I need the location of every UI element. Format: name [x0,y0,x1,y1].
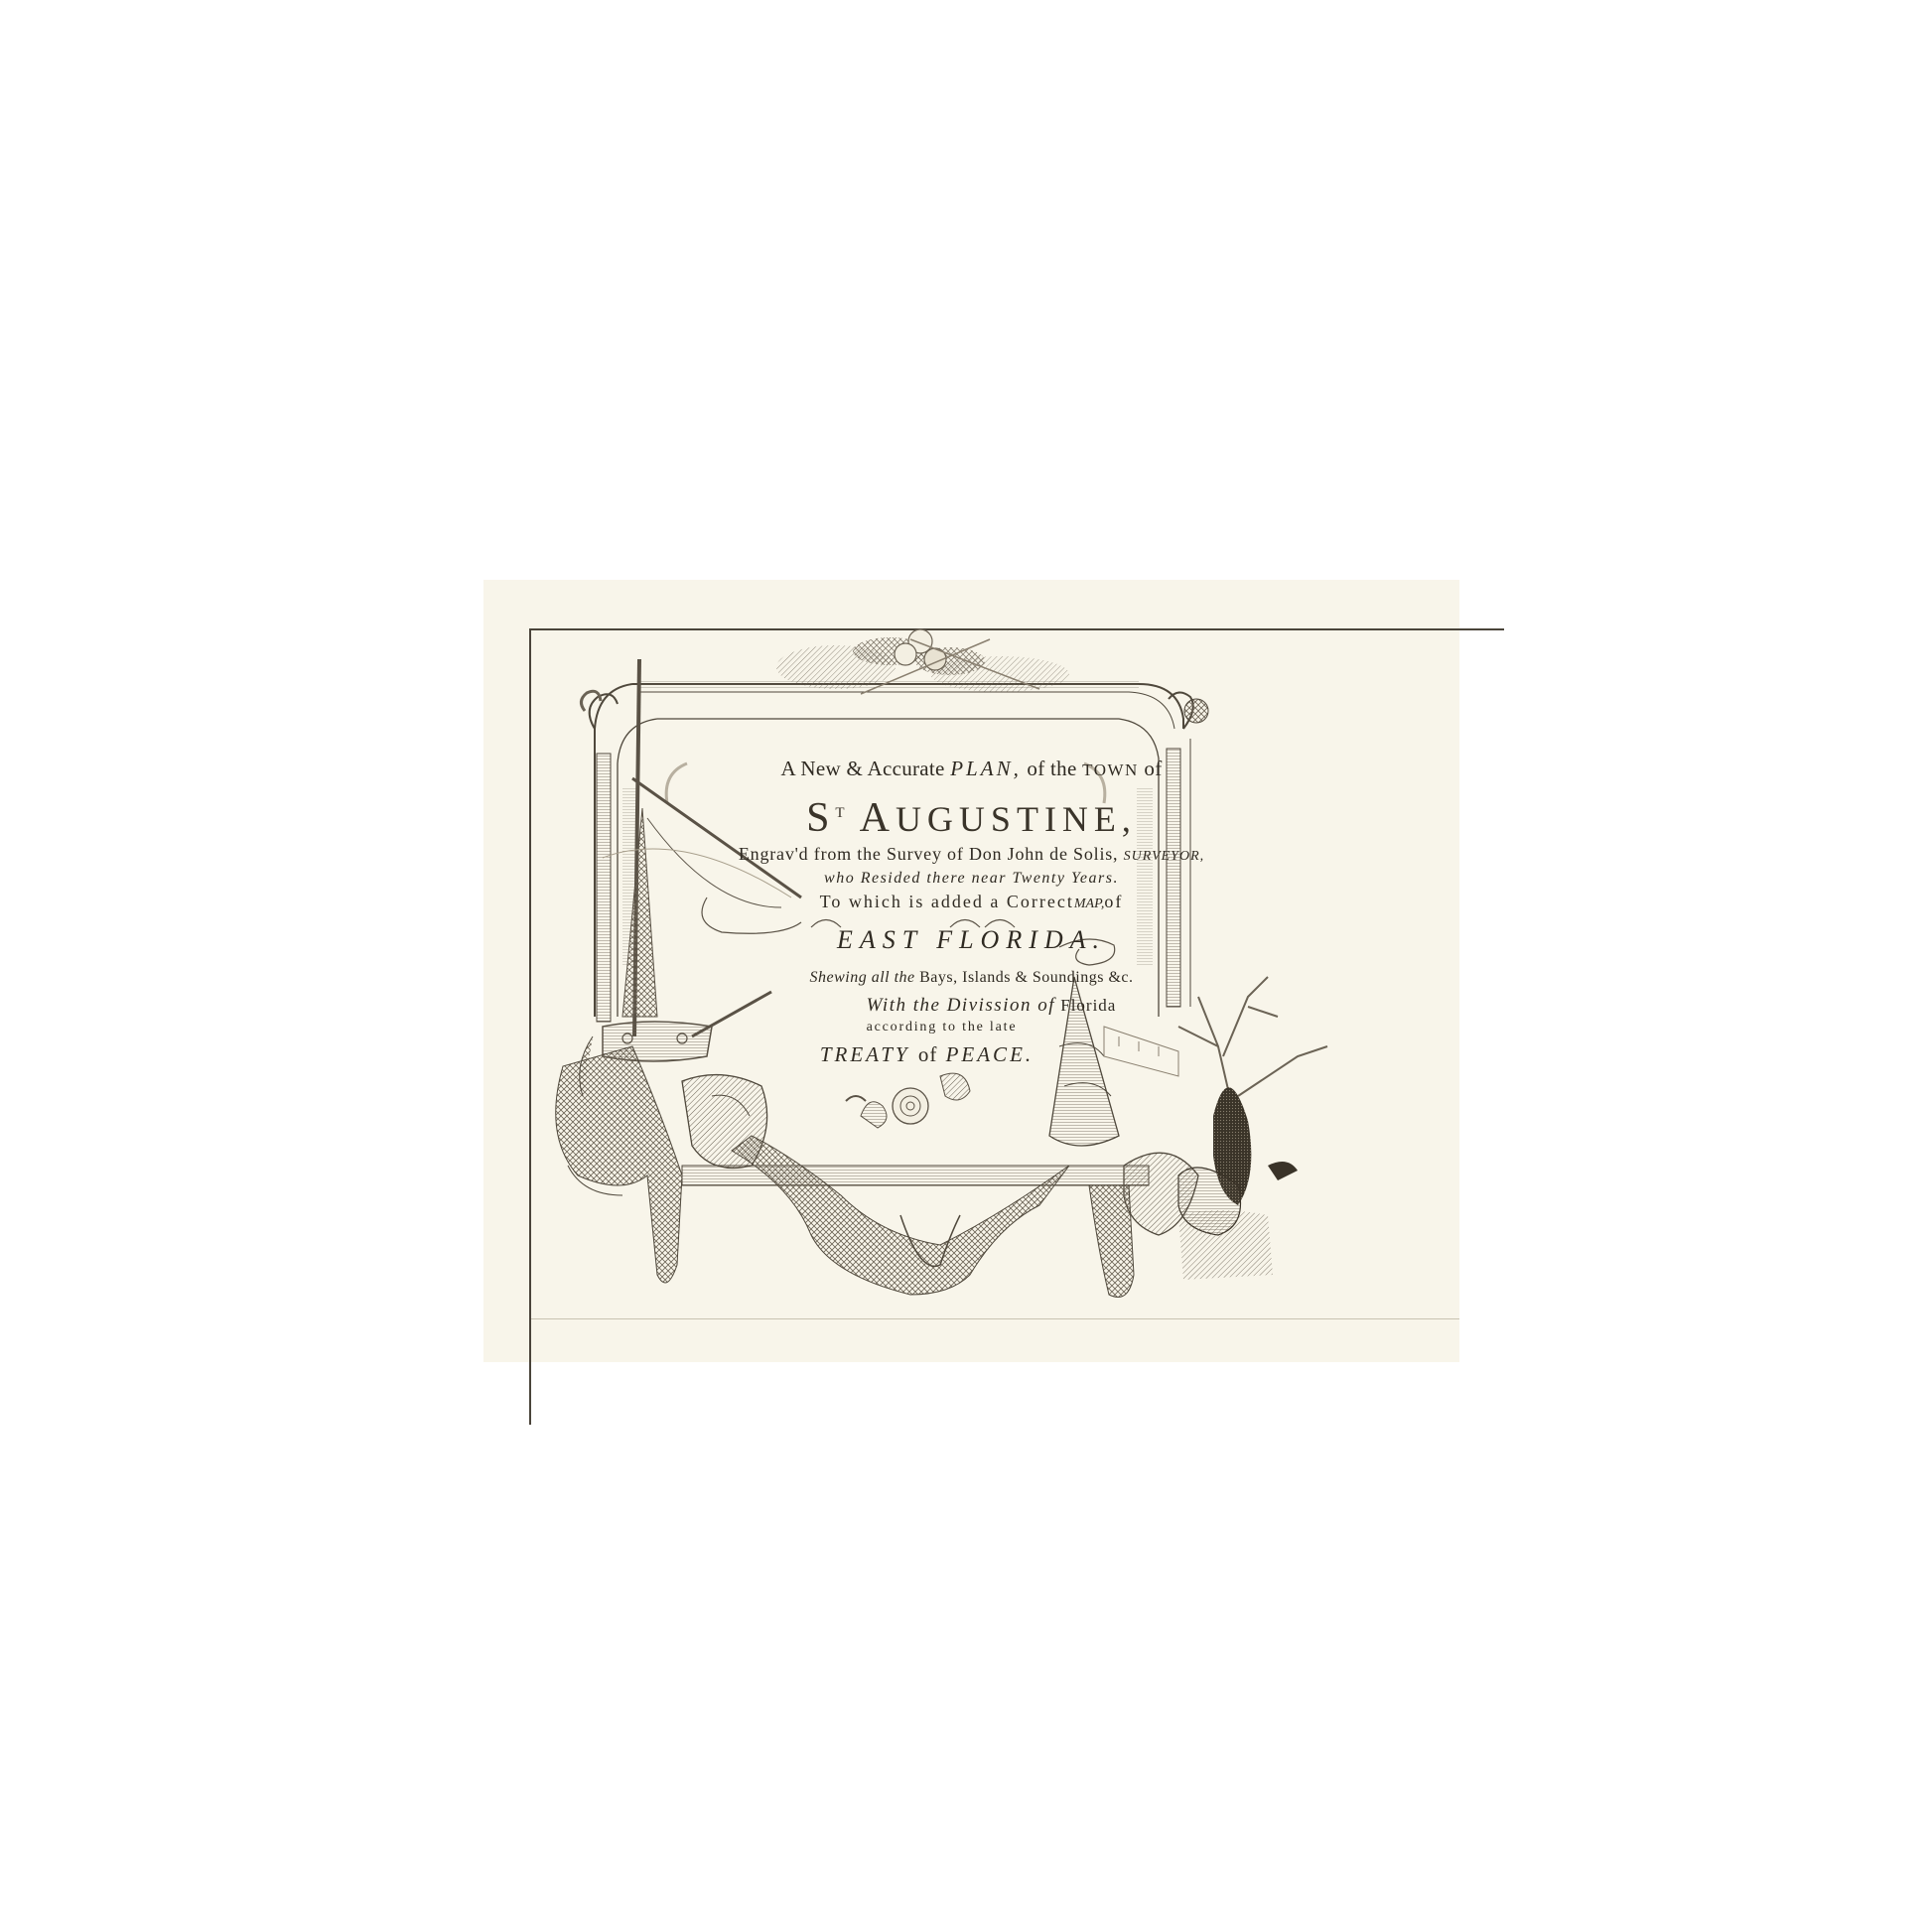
title-letter: A [860,795,896,841]
net-drapery-icon [682,1136,1149,1298]
title-superscript: T [835,805,844,821]
title-line-shewing: Shewing all the Bays, Islands & Sounding… [483,969,1459,987]
title-text: Engrav'd from the Survey of Don John de … [739,844,1119,864]
title-letter: S [806,795,835,841]
title-text: Florida [1060,996,1116,1015]
title-text: Shewing all the [809,969,914,986]
title-plan-word: PLAN, [950,757,1022,780]
title-text: A New & Accurate [781,757,945,780]
title-surveyor-word: SURVEYOR, [1124,849,1204,864]
title-text: To which is added a Correct [820,892,1074,911]
title-line-division: With the Divission of Florida [483,995,1459,1017]
title-line-added: To which is added a CorrectMAP,of [483,892,1459,912]
title-text: TREATY [820,1042,910,1066]
net-drapery-icon [556,1036,682,1283]
title-east-florida: EAST FLORIDA. [483,925,1459,955]
title-treaty-of-peace: TREATY of PEACE. [439,1042,1415,1067]
title-town-word: TOWN [1082,760,1139,779]
map-paper-sheet: A New & Accurate PLAN, of the TOWN of ST… [483,580,1459,1362]
title-line-resided: who Resided there near Twenty Years. [483,870,1459,888]
title-text: UGUSTINE, [896,799,1137,839]
title-line-according: according to the late [454,1020,1430,1035]
title-line-1: A New & Accurate PLAN, of the TOWN of [483,757,1459,781]
shell-icon [846,1073,970,1128]
title-text: of the [1027,757,1076,780]
title-text: of [918,1042,938,1066]
title-text: of [1144,757,1162,780]
title-line-engraved: Engrav'd from the Survey of Don John de … [483,844,1459,865]
title-text: PEACE. [946,1042,1035,1066]
title-text: Bays, Islands & Soundings &c. [919,969,1133,986]
title-map-word: MAP, [1074,897,1104,911]
title-st-augustine: ST AUGUSTINE, [483,794,1459,842]
title-text: of [1104,892,1123,911]
title-text: With the Divission of [867,995,1055,1016]
